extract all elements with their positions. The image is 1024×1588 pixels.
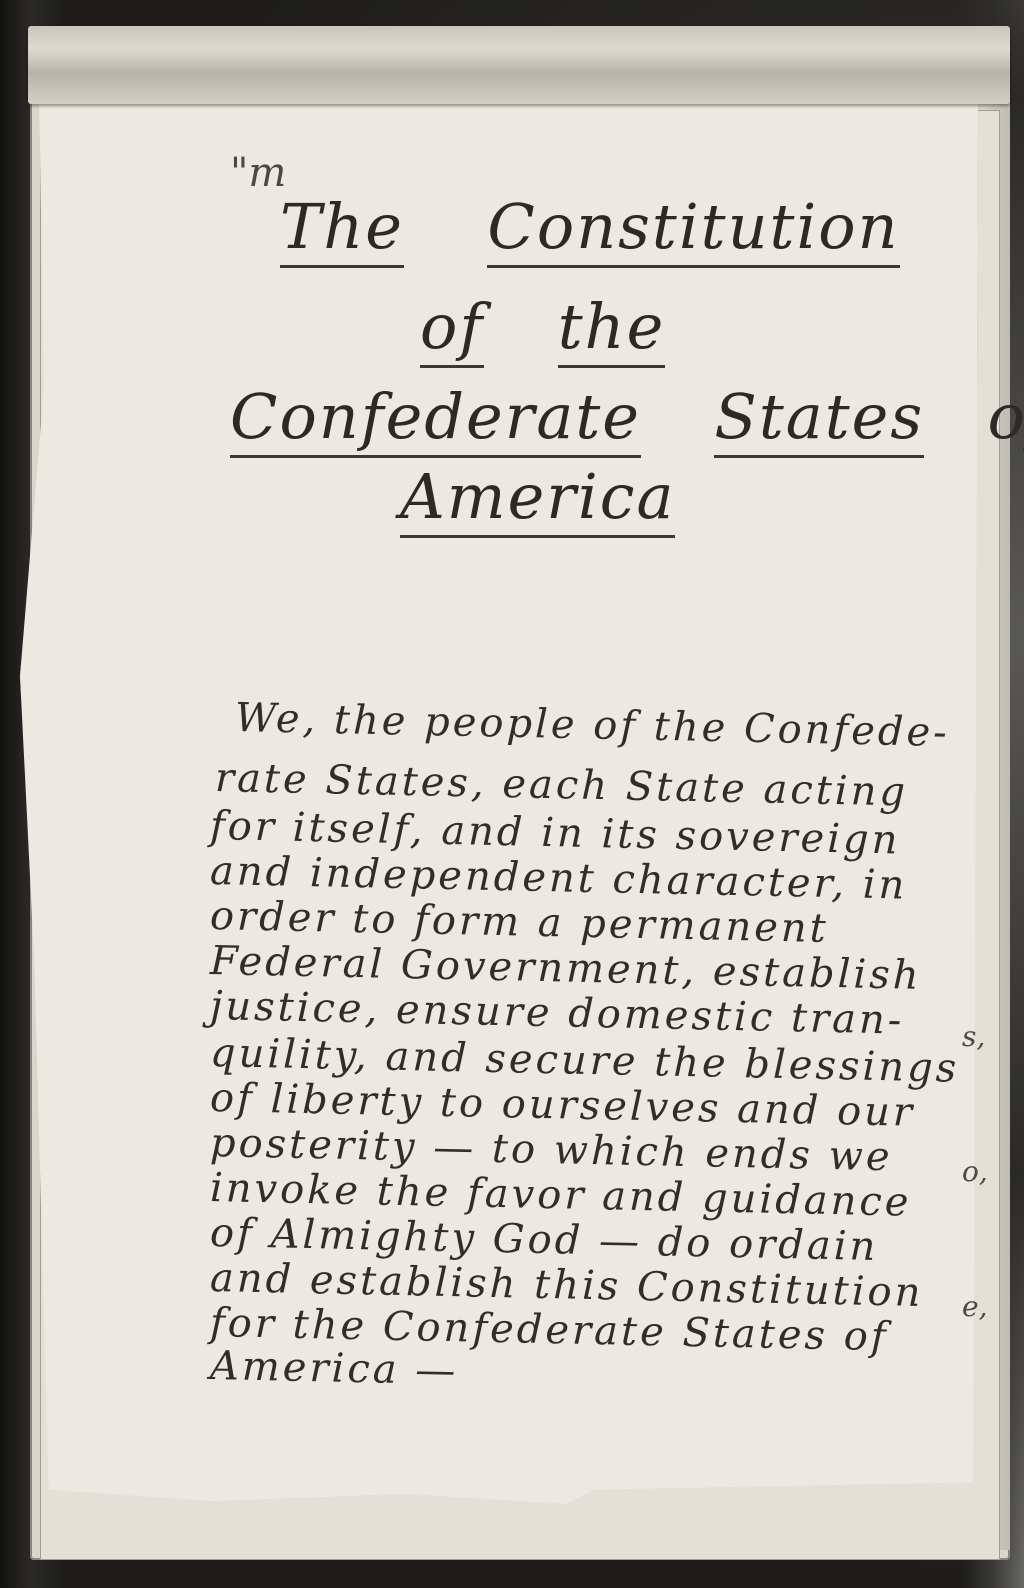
title-line-3: Confederate States of	[230, 380, 1024, 453]
title-line-2: of the	[420, 290, 665, 363]
margin-mark: o,	[962, 1155, 988, 1188]
title-word: of	[988, 380, 1024, 453]
annotation-mark: "m	[230, 150, 286, 196]
title-word: America	[400, 460, 675, 538]
title-word: States	[714, 380, 924, 458]
margin-mark: s,	[962, 1020, 985, 1053]
margin-mark: e,	[962, 1290, 987, 1323]
title-word: of	[420, 290, 484, 368]
title-line-1: The Constitution	[280, 190, 900, 263]
binding-tape	[28, 26, 1010, 104]
title-word: Confederate	[230, 380, 641, 458]
title-line-4: America	[400, 460, 675, 533]
preamble-line: America —	[210, 1343, 459, 1394]
title-word: The	[280, 190, 404, 268]
title-word: Constitution	[487, 190, 899, 268]
title-word: the	[558, 290, 666, 368]
